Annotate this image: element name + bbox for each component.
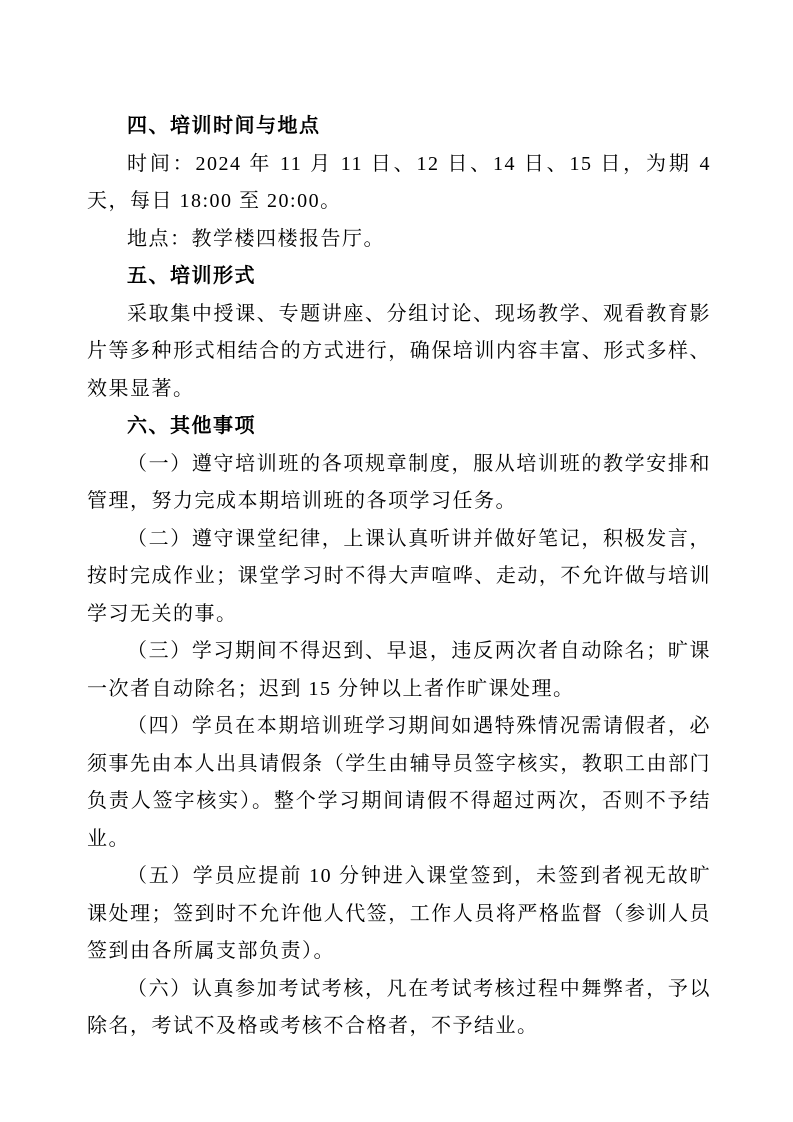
para-rule-6: （六）认真参加考试考核，凡在考试考核过程中舞弊者，予以除名，考试不及格或考核不合… bbox=[87, 971, 711, 1046]
document-page: 四、培训时间与地点 时间：2024 年 11 月 11 日、12 日、14 日、… bbox=[0, 0, 793, 1122]
para-training-time: 时间：2024 年 11 月 11 日、12 日、14 日、15 日，为期 4 … bbox=[87, 146, 711, 221]
para-rule-5: （五）学员应提前 10 分钟进入课堂签到，未签到者视无故旷课处理；签到时不允许他… bbox=[87, 858, 711, 971]
heading-section-5-training-format: 五、培训形式 bbox=[87, 258, 711, 296]
heading-section-6-other-matters: 六、其他事项 bbox=[87, 408, 711, 446]
heading-section-4-time-location: 四、培训时间与地点 bbox=[87, 108, 711, 146]
para-rule-3: （三）学习期间不得迟到、早退，违反两次者自动除名；旷课一次者自动除名；迟到 15… bbox=[87, 633, 711, 708]
para-rule-4: （四）学员在本期培训班学习期间如遇特殊情况需请假者，必须事先由本人出具请假条（学… bbox=[87, 708, 711, 858]
para-rule-1: （一）遵守培训班的各项规章制度，服从培训班的教学安排和管理，努力完成本期培训班的… bbox=[87, 446, 711, 521]
para-rule-2: （二）遵守课堂纪律，上课认真听讲并做好笔记，积极发言，按时完成作业；课堂学习时不… bbox=[87, 521, 711, 634]
para-training-location: 地点：教学楼四楼报告厅。 bbox=[87, 221, 711, 259]
para-training-format: 采取集中授课、专题讲座、分组讨论、现场教学、观看教育影片等多种形式相结合的方式进… bbox=[87, 296, 711, 409]
